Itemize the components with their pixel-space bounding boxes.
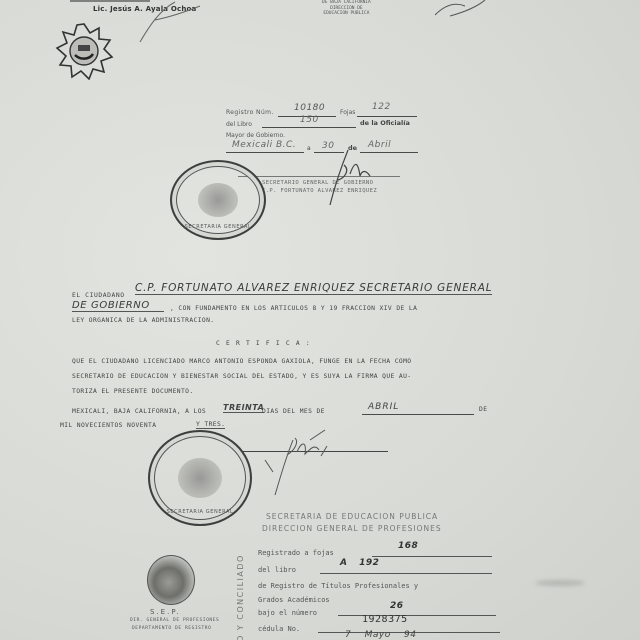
- stamp-libro-label: del libro: [258, 566, 296, 574]
- body-date-de: DE: [479, 406, 487, 413]
- stamp-registro-line-1: de Registro de Títulos Profesionales y: [258, 582, 418, 590]
- header-right-signature: [430, 0, 490, 20]
- registry-signature: [300, 140, 380, 210]
- registry-fojas-label: Fojas: [340, 109, 355, 116]
- registry-number-value: 10180: [294, 103, 325, 113]
- body-handwritten-office: DE GOBIERNO: [72, 300, 164, 312]
- registry-number-label: Registro Núm.: [226, 109, 274, 116]
- body-date-month-line: [362, 414, 474, 415]
- body-date-prefix: MEXICALI, BAJA CALIFORNIA, A LOS: [72, 408, 206, 415]
- header-stamp-line: DE BAJA CALIFORNIA: [322, 0, 371, 6]
- body-date-day: TREINTA: [223, 403, 264, 413]
- stamp-numero-label: bajo el número: [258, 609, 317, 617]
- body-para-line-1: QUE EL CIUDADANO LICENCIADO MARCO ANTONI…: [72, 358, 411, 365]
- registry-libro-value: 150: [300, 115, 319, 125]
- scanned-document-page: Lic. Jesús A. Ayala Ochoa DE BAJA CALIFO…: [0, 0, 640, 640]
- registry-fojas-line: [357, 116, 417, 117]
- body-para-line-3: TORIZA EL PRESENTE DOCUMENTO.: [72, 388, 194, 395]
- sep-sub-2: DEPARTAMENTO DE REGISTRO: [132, 626, 211, 631]
- registry-oficialia-label: de la Oficialía: [360, 119, 410, 127]
- seal-coat-of-arms-icon: [198, 183, 238, 216]
- stamp-libro-value: A 192: [340, 558, 379, 568]
- stamp-partial-date: 7 Mayo 94: [345, 630, 417, 640]
- official-seal-bottom: SECRETARIA GENERAL: [148, 430, 252, 526]
- body-handwritten-name: C.P. FORTUNATO ALVAREZ ENRIQUEZ SECRETAR…: [135, 282, 492, 295]
- stamp-cedula-label: cédula No.: [258, 625, 300, 633]
- body-prefix: EL CIUDADANO: [72, 292, 125, 299]
- stamp-registro-line-2: Grados Académicos: [258, 596, 330, 604]
- stamp-title-1: SECRETARIA DE EDUCACION PUBLICA: [266, 512, 438, 521]
- stamp-cedula-value: 1928375: [362, 614, 408, 625]
- paper-smudge: [535, 580, 585, 586]
- header-signature: [130, 0, 210, 45]
- registry-mayor-label: Mayor de Gobierno.: [226, 132, 285, 139]
- stamp-vertical-text: O Y CONCILIADO: [236, 554, 245, 640]
- stamp-fojas-label: Registrado a fojas: [258, 549, 334, 557]
- stamp-title-2: DIRECCION GENERAL DE PROFESIONES: [262, 524, 442, 533]
- body-line-2: , CON FUNDAMENTO EN LOS ARTICULOS 8 Y 19…: [170, 305, 417, 312]
- body-line-3: LEY ORGANICA DE LA ADMINISTRACION.: [72, 317, 215, 324]
- header-right-stamp: DE BAJA CALIFORNIA DIRECCION DE EDUCACIO…: [322, 0, 371, 17]
- registry-place-value: Mexicali B.C.: [232, 140, 296, 150]
- body-date-year-suffix: Y TRES.: [196, 421, 225, 429]
- stamp-numero-value: 26: [390, 601, 404, 611]
- certifica-heading: C E R T I F I C A :: [216, 340, 311, 347]
- official-seal-top: SECRETARIA GENERAL: [170, 160, 266, 240]
- seal-label: SECRETARIA GENERAL: [172, 224, 264, 230]
- secretary-signature: [255, 420, 355, 505]
- body-date-year-prefix: MIL NOVECIENTOS NOVENTA: [60, 422, 156, 429]
- body-date-mid: DIAS DEL MES DE: [262, 408, 325, 415]
- body-para-line-2: SECRETARIO DE EDUCACION Y BIENESTAR SOCI…: [72, 373, 411, 380]
- sep-seal-icon: [147, 555, 195, 605]
- registry-place-line: [226, 152, 304, 153]
- body-date-month: ABRIL: [368, 402, 399, 412]
- registry-libro-label: del Libro: [226, 121, 252, 128]
- sep-label: S.E.P.: [150, 608, 181, 616]
- stamp-fojas-value: 168: [398, 541, 418, 551]
- stamp-libro-line: [320, 573, 492, 574]
- registry-libro-line: [262, 127, 356, 128]
- stamp-fojas-line: [372, 556, 492, 557]
- sep-sub-1: DIR. GENERAL DE PROFESIONES: [130, 618, 219, 623]
- header-stamp-line: EDUCACION PUBLICA: [322, 11, 371, 17]
- state-emblem-logo: [50, 22, 118, 80]
- registry-fojas-value: 122: [372, 102, 391, 112]
- seal-label: SECRETARIA GENERAL: [150, 509, 250, 515]
- seal-coat-of-arms-icon: [178, 458, 222, 498]
